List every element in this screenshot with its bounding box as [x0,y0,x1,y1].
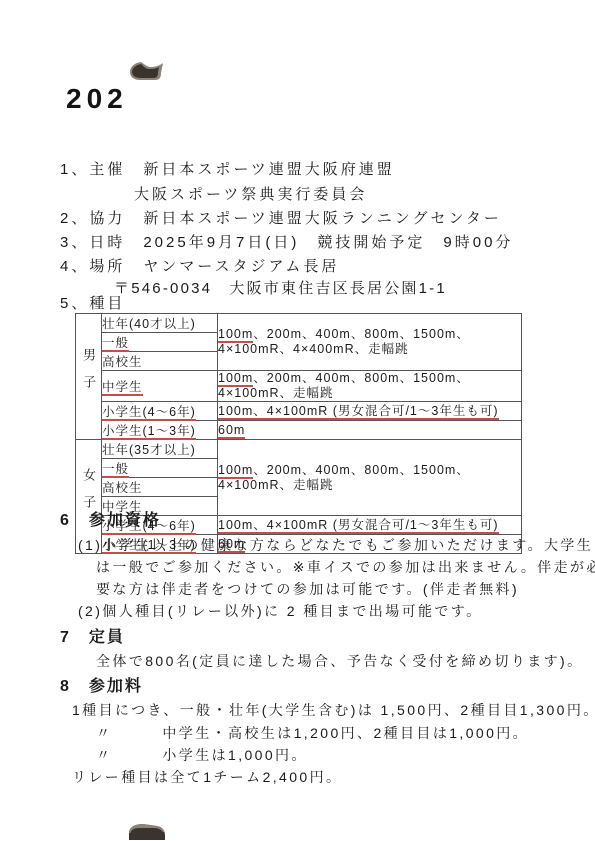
eligibility-line: (1)小学生以上の健康な方ならどなたでもご参加いただけます。大学生 [78,537,593,553]
organizer-line-1: 1、主催 新日本スポーツ連盟大阪府連盟 [60,162,395,178]
table-row: 中学生100m、200m、400m、800m、1500m、4×100mR、走幅跳 [76,371,522,402]
fee-line: リレー種目は全て1チーム2,400円。 [72,769,342,785]
datetime-line: 3、日時 2025年9月7日(日) 競技開始予定 9時00分 [60,235,513,251]
pen-stamp-icon [128,60,164,88]
ditto-mark: 〃 [96,725,112,741]
eligibility-line: (2)個人種目(リレー以外)に 2 種目まで出場可能です。 [78,603,482,619]
fees-heading: 8 参加料 [60,679,143,695]
capacity-heading: 7 定員 [60,630,125,646]
fee-line: 〃小学生は1,000円。 [96,747,308,763]
organizer-line-2: 大阪スポーツ祭典実行委員会 [134,187,367,203]
eligibility-heading: 6 参加資格 [60,513,161,529]
category-cell: 一般 [102,333,218,352]
eligibility-line: は一般でご参加ください。※車イスでの参加は出来ません。伴走が必 [96,559,595,575]
eligibility-line: 要な方は伴走者をつけての参加は可能です。(伴走者無料) [96,581,519,597]
events-cell: 60m [218,421,522,440]
cooperation-line: 2、協力 新日本スポーツ連盟大阪ランニングセンター [60,211,502,227]
table-row: 小学生(4〜6年)100m、4×100mR (男女混合可/1〜3年生も可) [76,402,522,421]
category-cell: 高校生 [102,352,218,371]
table-row: 男子壮年(40才以上)100m、200m、400m、800m、1500m、4×1… [76,314,522,333]
events-cell: 100m、200m、400m、800m、1500m、4×100mR、走幅跳 [218,371,522,402]
category-cell: 高校生 [102,478,218,497]
events-cell: 100m、4×100mR (男女混合可/1〜3年生も可) [218,516,522,535]
document-page: 202 1、主催 新日本スポーツ連盟大阪府連盟 大阪スポーツ祭典実行委員会 2、… [0,0,595,841]
venue-address: 〒546-0034 大阪市東住吉区長居公園1-1 [114,281,447,297]
page-bottom-mark-icon [127,823,167,841]
year-heading: 202 [66,83,128,115]
events-cell: 100m、200m、400m、800m、1500m、4×100mR、走幅跳 [218,440,522,516]
events-cell: 100m、200m、400m、800m、1500m、4×100mR、4×400m… [218,314,522,371]
capacity-line: 全体で800名(定員に達した場合、予告なく受付を締め切ります)。 [96,653,583,669]
category-cell: 小学生(4〜6年) [102,402,218,421]
category-cell: 一般 [102,459,218,478]
table-row: 女子壮年(35才以上)100m、200m、400m、800m、1500m、4×1… [76,440,522,459]
events-section-label: 5、種目 [60,296,125,312]
gender-cell: 男子 [76,314,102,440]
table-row: 小学生(1〜3年)60m [76,421,522,440]
category-cell: 壮年(35才以上) [102,440,218,459]
category-cell: 中学生 [102,371,218,402]
fee-line-text: 中学生・高校生は1,200円、2種目目は1,000円。 [162,725,529,741]
ditto-mark: 〃 [96,747,112,763]
fee-line-text: 小学生は1,000円。 [162,747,307,763]
events-cell: 100m、4×100mR (男女混合可/1〜3年生も可) [218,402,522,421]
category-cell: 小学生(1〜3年) [102,421,218,440]
venue-line: 4、場所 ヤンマースタジアム長居 [60,259,339,275]
fee-line: 〃中学生・高校生は1,200円、2種目目は1,000円。 [96,725,529,741]
category-cell: 壮年(40才以上) [102,314,218,333]
fee-line: 1種目につき、一般・壮年(大学生含む)は 1,500円、2種目目1,300円。 [72,702,595,718]
